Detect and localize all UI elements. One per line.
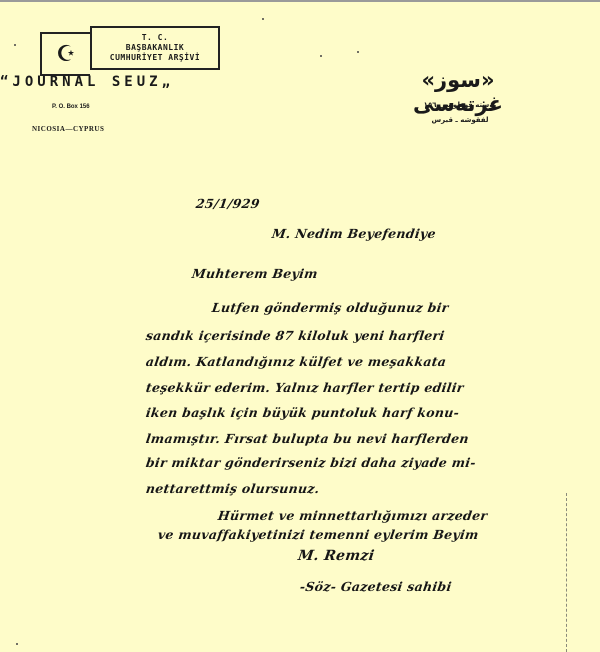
letterhead-latin-city: NICOSIA—CYPRUS xyxy=(32,125,104,133)
scan-top-border xyxy=(0,0,600,2)
letter-salutation: Muhterem Beyim xyxy=(191,266,319,281)
letterhead-arabic-po-box: پوسته قوطوسی ١٥٦ xyxy=(410,101,510,109)
letterhead-latin-name: “JOURNAL SEUZ„ xyxy=(0,74,174,90)
stamp-line-2: BAŞBAKANLIK xyxy=(126,43,184,53)
paper-speck xyxy=(357,51,359,53)
stamp-line-3: CUMHURİYET ARŞİVİ xyxy=(110,53,200,63)
body-line: Lutfen göndermiş olduğunuz bir xyxy=(211,300,450,315)
letter-date: 25/1/929 xyxy=(195,196,261,211)
scan-edge-line xyxy=(566,493,568,652)
body-line: bir miktar gönderirseniz bizi daha ziyad… xyxy=(145,455,477,470)
crescent-star-icon: ☪ xyxy=(40,32,90,76)
body-line: teşekkür ederim. Yalnız harfler tertip e… xyxy=(145,380,465,395)
archive-stamp: ☪ T. C. BAŞBAKANLIK CUMHURİYET ARŞİVİ xyxy=(40,26,220,76)
stamp-line-1: T. C. xyxy=(142,33,169,43)
body-line: sandık içerisinde 87 kiloluk yeni harfle… xyxy=(145,328,446,343)
closing-line: ve muvaffakiyetinizi temenni eylerim Bey… xyxy=(157,527,480,542)
letter-addressee: M. Nedim Beyefendiye xyxy=(271,226,437,241)
body-line: aldım. Katlandığınız külfet ve meşakkata xyxy=(145,354,447,369)
stamp-text-box: T. C. BAŞBAKANLIK CUMHURİYET ARŞİVİ xyxy=(90,26,220,70)
body-line: iken başlık için büyük puntoluk harf kon… xyxy=(145,405,460,420)
letterhead-latin-po-box: P. O. Box 156 xyxy=(52,104,90,110)
paper-speck xyxy=(16,643,18,645)
letterhead-arabic-city: لفقوشه ـ قبرس xyxy=(410,116,510,124)
paper-speck xyxy=(262,18,264,20)
body-line: nettarettmiş olursunuz. xyxy=(145,481,321,496)
signature-title: -Söz- Gazetesi sahibi xyxy=(299,579,453,594)
closing-line: Hürmet ve minnettarlığımızı arzeder xyxy=(217,508,488,523)
signature: M. Remzi xyxy=(297,548,376,564)
body-line: lmamıştır. Fırsat bulupta bu nevi harfle… xyxy=(145,431,470,446)
paper-speck xyxy=(320,55,322,57)
paper-speck xyxy=(14,44,16,46)
